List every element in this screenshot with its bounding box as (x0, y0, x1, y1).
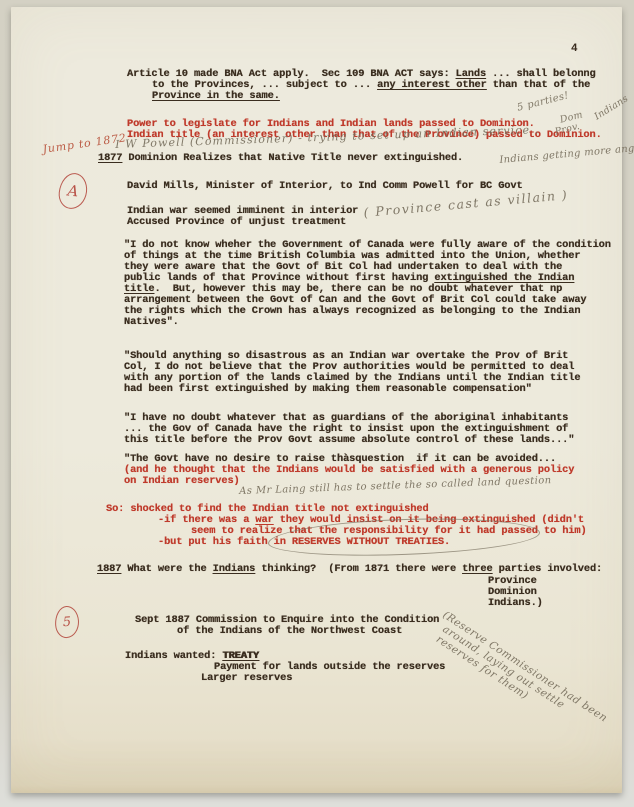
note-3-parties: 5 parties! (516, 90, 570, 114)
note-laing-land-question: As Mr Laing still has to settle the so c… (239, 475, 552, 497)
scan-background: { "page": { "number": "4" }, "colors": {… (0, 0, 634, 807)
note-indians-getting-angry: Indians getting more angry (499, 142, 634, 166)
typed-segment: had been first extinguished by making th… (124, 383, 532, 395)
typed-segment: Indians.) (488, 597, 543, 609)
circled-number-5: 5 (54, 605, 80, 639)
handwritten-line: reserves for them) (427, 629, 596, 745)
typed-segment: than that of the (487, 79, 590, 91)
typed-line: 1877 Dominion Realizes that Native Title… (98, 153, 463, 164)
typed-segment: Accused Province of unjust treatment (127, 216, 346, 228)
typed-segment: Natives". (124, 316, 179, 328)
typed-line: had been first extinguished by making th… (124, 384, 532, 395)
handwritten-line: (Reserve Commissioner had been (440, 609, 609, 725)
typed-line: of the Indians of the Northwest Coast (177, 626, 402, 637)
typed-line: Indians.) (488, 598, 543, 609)
typed-segment: three (462, 563, 492, 575)
typed-segment: Indians wanted: (125, 650, 222, 662)
note-province-cast-as-villain: ( Province cast as villain ) (363, 188, 569, 220)
typed-segment: Indians (213, 563, 256, 575)
typed-line: 1887 What were the Indians thinking? (Fr… (97, 564, 602, 575)
typed-segment: Province in the same. (152, 90, 280, 102)
typed-segment: thinking? (From 1871 there were (255, 563, 462, 575)
typed-line: Larger reserves (201, 673, 292, 684)
typed-segment: Larger reserves (201, 672, 292, 684)
typed-segment: What were the (121, 563, 212, 575)
typed-line: David Mills, Minister of Interior, to In… (127, 181, 523, 192)
handwritten-line: Indians getting more angry (499, 142, 634, 166)
typed-line: Accused Province of unjust treatment (127, 217, 346, 228)
note-reserve-commissioner: (Reserve Commissioner had been around, l… (427, 609, 609, 745)
circled-letter-a: A (57, 172, 89, 211)
handwritten-line: ( Province cast as villain ) (363, 188, 569, 220)
typed-segment: Dominion Realizes that Native Title neve… (122, 152, 463, 164)
handwritten-line: 5 parties! (516, 90, 570, 114)
typed-segment: any interest other (377, 79, 487, 91)
typed-segment: 1877 (98, 152, 122, 164)
typed-segment: 1887 (97, 563, 121, 575)
typed-segment: of the Indians of the Northwest Coast (177, 625, 402, 637)
typed-segment: parties involved: (493, 563, 603, 575)
typed-line: Natives". (124, 317, 179, 328)
handwritten-line: As Mr Laing still has to settle the so c… (239, 475, 552, 497)
typed-segment: on Indian reserves) (124, 475, 240, 487)
typed-segment: David Mills, Minister of Interior, to In… (127, 180, 523, 192)
typed-segment: the rights which the Crown has always re… (124, 305, 580, 317)
document-page: 4 Article 10 made BNA Act apply. Sec 109… (11, 7, 622, 793)
handwritten-line: Indians (593, 94, 631, 123)
note-3-parties-indians: Indians (593, 94, 631, 123)
typed-line: the rights which the Crown has always re… (124, 306, 580, 317)
handwritten-line: around, laying out settle (434, 619, 603, 735)
typed-line: on Indian reserves) (124, 476, 240, 487)
typed-segment: this title before the Prov Govt assume a… (124, 434, 574, 446)
page-number: 4 (571, 43, 578, 55)
typed-line: Province in the same. (152, 91, 280, 102)
typed-line: this title before the Prov Govt assume a… (124, 435, 574, 446)
